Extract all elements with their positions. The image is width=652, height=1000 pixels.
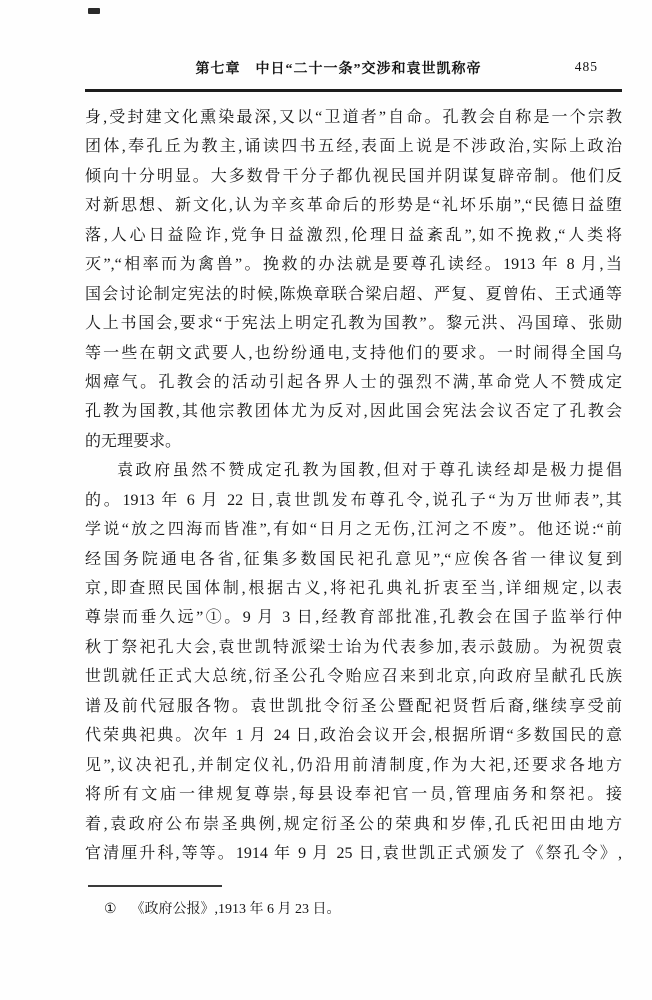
scan-artifact <box>88 8 100 14</box>
body-line: 对新思想、新文化,认为辛亥革命后的形势是“礼坏乐崩”,“民德日益堕 <box>85 191 622 220</box>
page-number: 485 <box>575 59 598 75</box>
body-line: 身,受封建文化熏染最深,又以“卫道者”自命。孔教会自称是一个宗教 <box>85 103 622 132</box>
body-line: 袁政府虽然不赞成定孔教为国教,但对于尊孔读经却是极力提倡 <box>85 456 622 485</box>
book-page: 第七章 中日“二十一条”交涉和袁世凯称帝 485 身,受封建文化熏染最深,又以“… <box>0 0 652 1000</box>
body-line: 灭”,“相率而为禽兽”。挽救的办法就是要尊孔读经。1913 年 8 月,当 <box>85 250 622 279</box>
body-line: 的无理要求。 <box>85 427 622 456</box>
body-line: 团体,奉孔丘为教主,诵读四书五经,表面上说是不涉政治,实际上政治 <box>85 132 622 161</box>
body-line: 秋丁祭祀孔大会,袁世凯特派梁士诒为代表参加,表示鼓励。为祝贺袁 <box>85 633 622 662</box>
footnote-marker: ① <box>104 899 117 921</box>
body-text: 身,受封建文化熏染最深,又以“卫道者”自命。孔教会自称是一个宗教团体,奉孔丘为教… <box>85 103 622 868</box>
body-line: 世凯就任正式大总统,衍圣公孔令贻应召来到北京,向政府呈献孔氏族 <box>85 662 622 691</box>
body-line: 将所有文庙一律规复尊崇,每县设奉祀官一员,管理庙务和祭祀。接 <box>85 780 622 809</box>
footnote-separator <box>88 885 222 887</box>
body-line: 等一些在朝文武要人,也纷纷通电,支持他们的要求。一时闹得全国乌 <box>85 339 622 368</box>
body-line: 学说“放之四海而皆准”,有如“日月之无伤,江河之不废”。他还说:“前 <box>85 515 622 544</box>
body-line: 代荣典祀典。次年 1 月 24 日,政治会议开会,根据所谓“多数国民的意 <box>85 721 622 750</box>
body-line: 官清厘升科,等等。1914 年 9 月 25 日,袁世凯正式颁发了《祭孔令》, <box>85 839 622 868</box>
body-line: 谱及前代冠服各物。袁世凯批令衍圣公暨配祀贤哲后裔,继续享受前 <box>85 692 622 721</box>
body-line: 京,即查照民国体制,根据古义,将祀孔典礼折衷至当,详细规定,以表 <box>85 574 622 603</box>
body-line: 见”,议决祀孔,并制定仪礼,仍沿用前清制度,作为大祀,还要求各地方 <box>85 751 622 780</box>
body-line: 孔教为国教,其他宗教团体尤为反对,因此国会宪法会议否定了孔教会 <box>85 397 622 426</box>
body-line: 倾向十分明显。大多数骨干分子都仇视民国并阴谋复辟帝制。他们反 <box>85 162 622 191</box>
body-line: 落,人心日益险诈,党争日益激烈,伦理日益紊乱”,如不挽救,“人类将 <box>85 221 622 250</box>
chapter-title: 第七章 中日“二十一条”交涉和袁世凯称帝 <box>85 58 622 78</box>
body-line: 的。1913 年 6 月 22 日,袁世凯发布尊孔令,说孔子“为万世师表”,其 <box>85 486 622 515</box>
footnote-text: 《政府公报》,1913 年 6 月 23 日。 <box>131 902 341 917</box>
page-header: 第七章 中日“二十一条”交涉和袁世凯称帝 485 <box>85 58 622 82</box>
body-line: 尊崇而垂久远”①。9 月 3 日,经教育部批准,孔教会在国子监举行仲 <box>85 603 622 632</box>
body-line: 国会讨论制定宪法的时候,陈焕章联合梁启超、严复、夏曾佑、王式通等 <box>85 280 622 309</box>
header-rule <box>85 89 622 92</box>
body-line: 着,袁政府公布崇圣典例,规定衍圣公的荣典和岁俸,孔氏祀田由地方 <box>85 810 622 839</box>
body-line: 人上书国会,要求“于宪法上明定孔教为国教”。黎元洪、冯国璋、张勋 <box>85 309 622 338</box>
body-line: 烟瘴气。孔教会的活动引起各界人士的强烈不满,革命党人不赞成定 <box>85 368 622 397</box>
body-line: 经国务院通电各省,征集多数国民祀孔意见”,“应俟各省一律议复到 <box>85 545 622 574</box>
footnote: ①《政府公报》,1913 年 6 月 23 日。 <box>104 899 584 921</box>
